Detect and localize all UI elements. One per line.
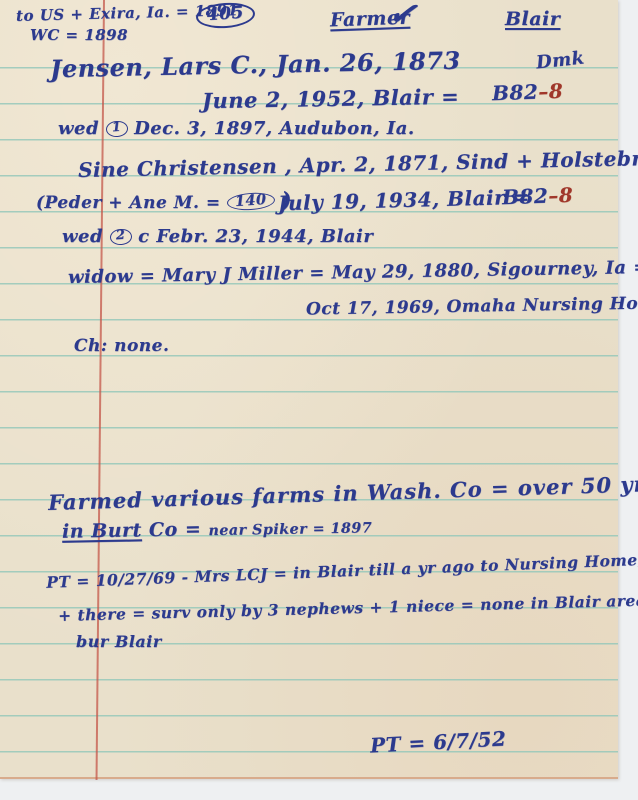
- marriage2-prefix: wed: [62, 226, 103, 247]
- wife1-parents-prefix: (Peder + Ane M. =: [36, 193, 221, 213]
- marriage2-line: wed 2 c Febr. 23, 1944, Blair: [62, 226, 373, 248]
- death-line: June 2, 1952, Blair =: [202, 84, 460, 113]
- burt-rest: Co =: [149, 518, 202, 541]
- circled-140: 140: [226, 191, 275, 212]
- grave-ref-red: –8: [538, 79, 564, 104]
- notebook-page: to US + Exira, Ia. = 1891 WC = 1898 405 …: [0, 0, 618, 779]
- grave-reference-2: B82–8: [502, 183, 574, 209]
- marriage1-prefix: wed: [58, 118, 99, 139]
- file-number: 405: [195, 1, 256, 30]
- grave-ref-blue: B82: [492, 80, 539, 106]
- file-number-badge: 405: [196, 3, 255, 28]
- residence-label: Blair: [505, 8, 560, 30]
- grave-reference-1: B82–8: [492, 79, 564, 105]
- burt-detail: near Spiker = 1897: [208, 520, 372, 539]
- burial-note-line: bur Blair: [76, 632, 162, 651]
- checkmark-icon: ✓: [385, 0, 419, 36]
- wc-year-note: WC = 1898: [30, 26, 128, 44]
- marriage1-details: Dec. 3, 1897, Audubon, Ia.: [134, 118, 415, 139]
- circled-1: 1: [105, 120, 128, 137]
- wife1-parents-line: (Peder + Ane M. = 140 ): [36, 188, 292, 214]
- circled-2: 2: [109, 228, 132, 245]
- grave-ref2-red: –8: [548, 183, 574, 208]
- marriage2-details: c Febr. 23, 1944, Blair: [138, 226, 373, 247]
- children-line: Ch: none.: [74, 336, 169, 356]
- marriage1-line: wed 1 Dec. 3, 1897, Audubon, Ia.: [58, 118, 415, 140]
- grave-ref2-blue: B82: [502, 184, 549, 210]
- burt-place: in Burt: [62, 519, 142, 542]
